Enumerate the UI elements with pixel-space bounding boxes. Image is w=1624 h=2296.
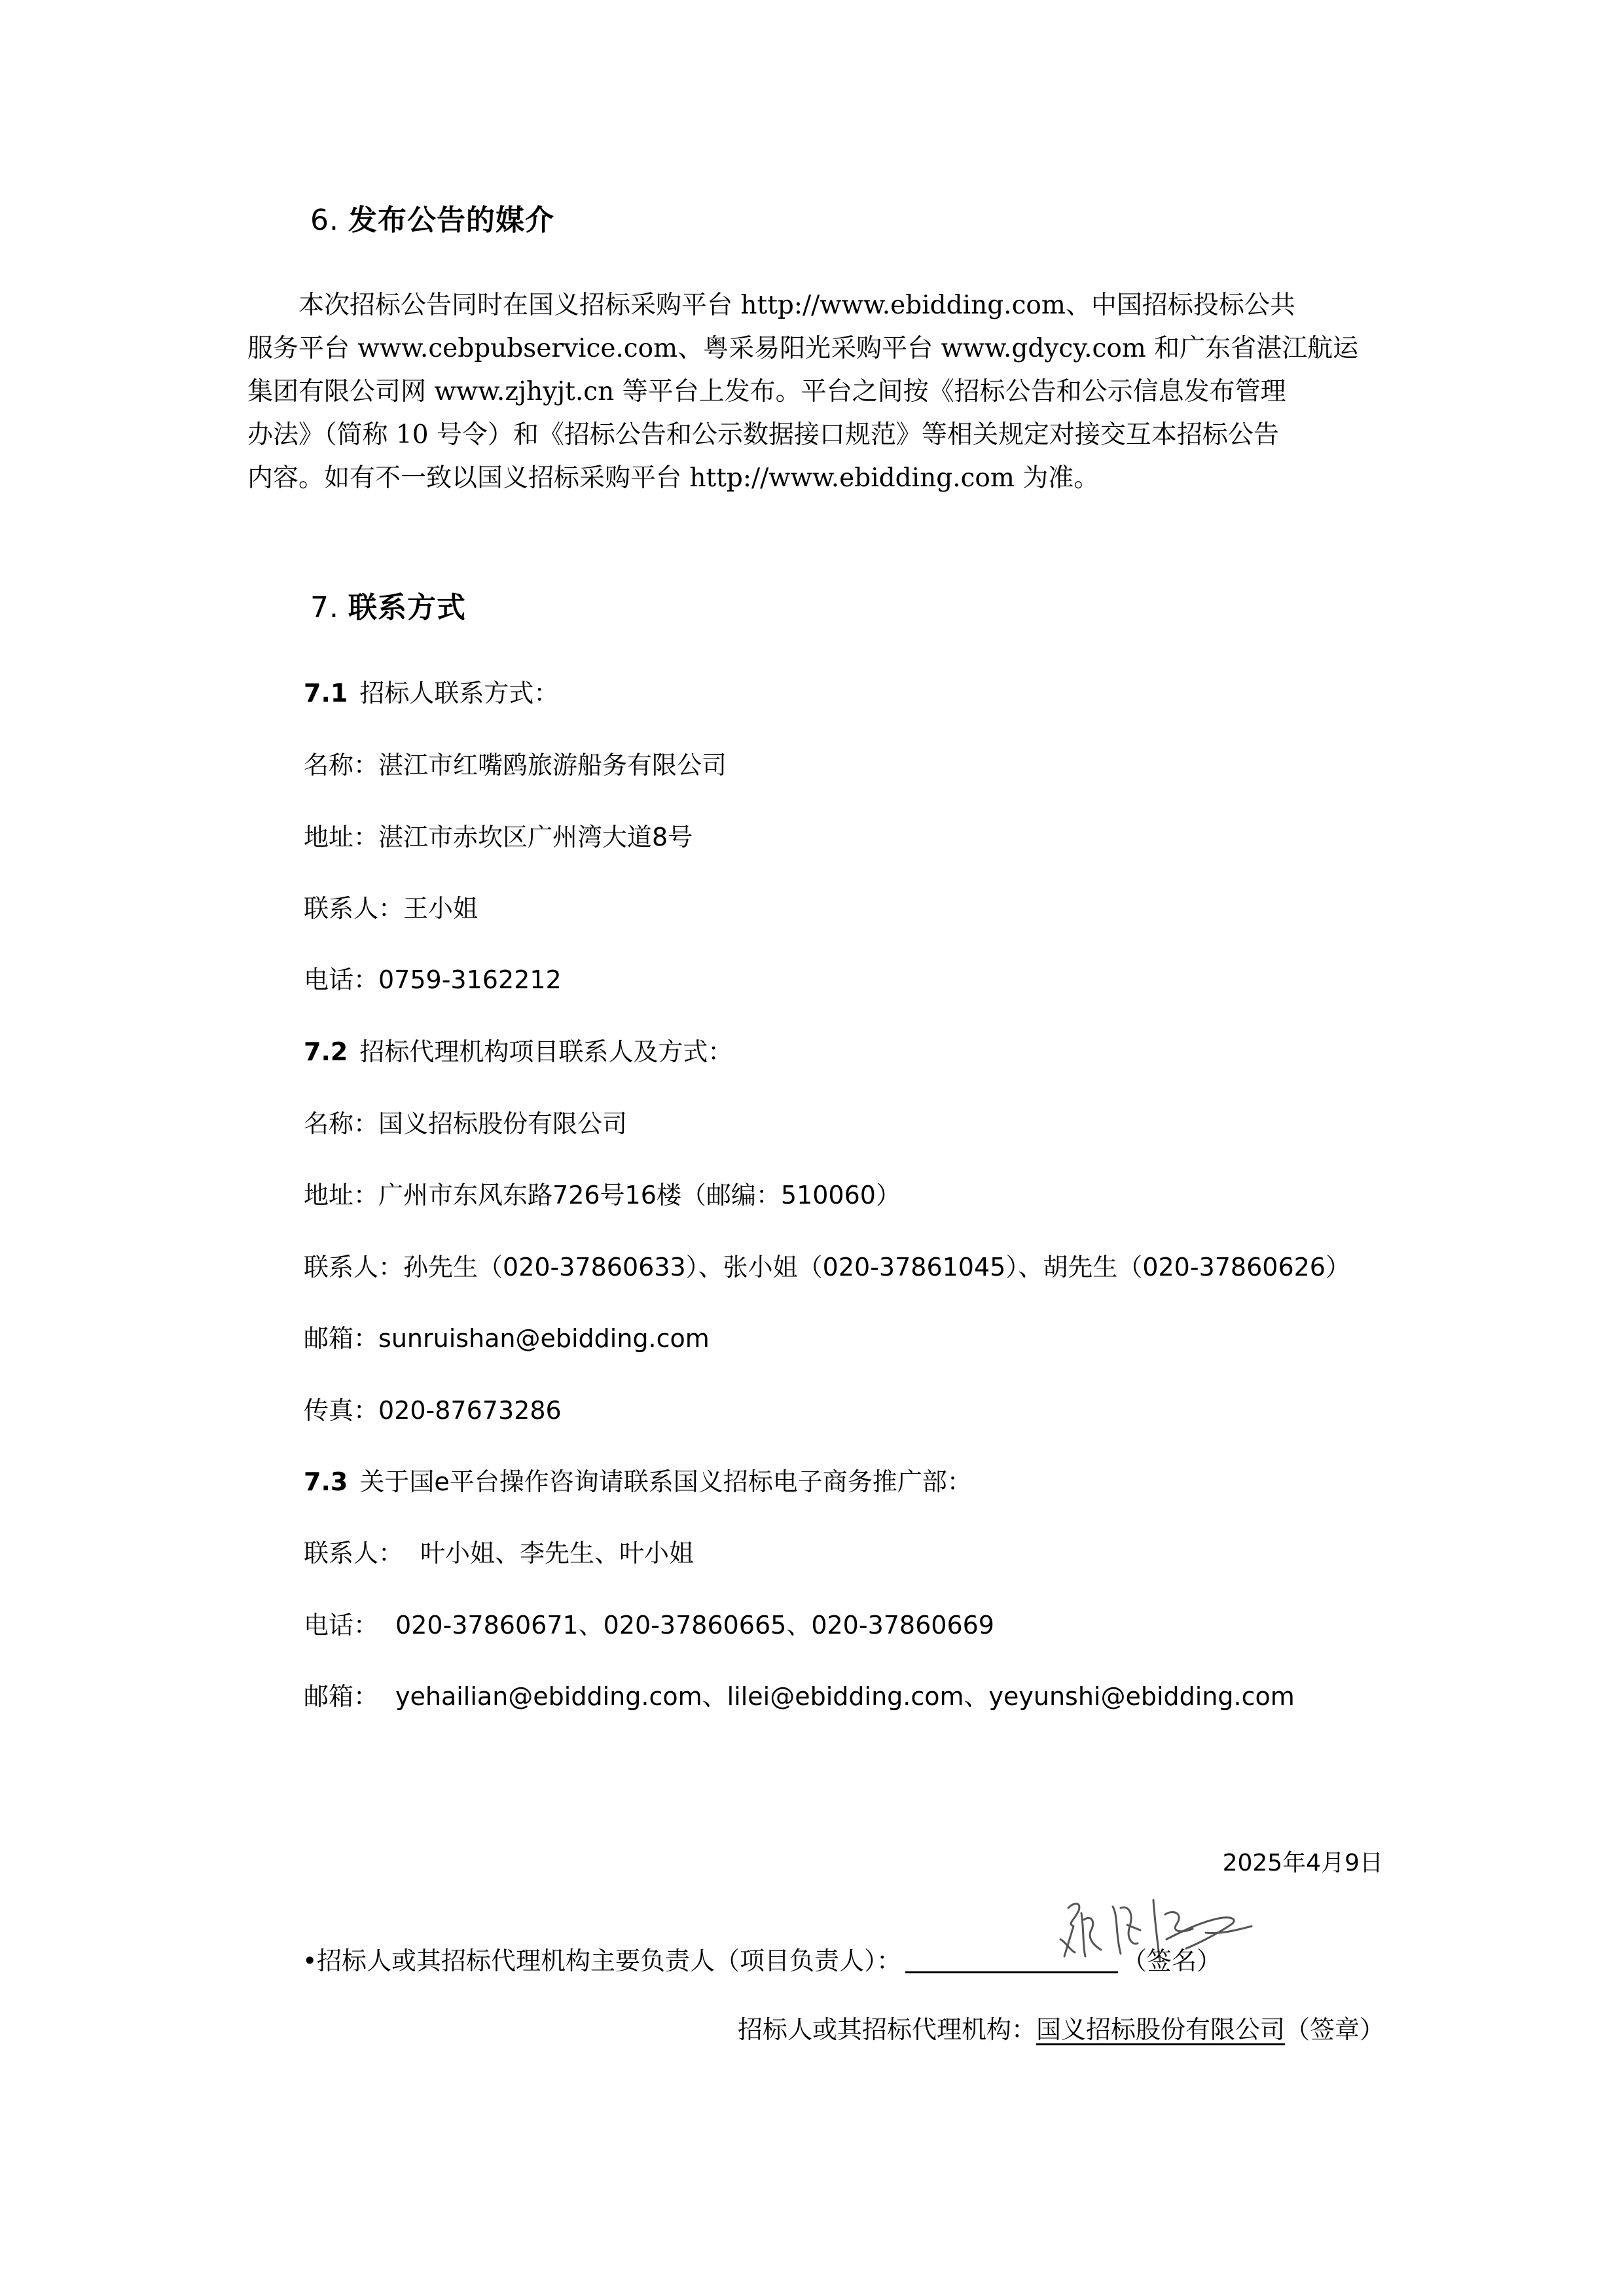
organization-line: 招标人或其招标代理机构：国义招标股份有限公司（签章） xyxy=(738,2009,1384,2045)
field-label: 地址： xyxy=(304,823,378,852)
field-label: 传真： xyxy=(304,1396,378,1425)
agency-address-row: 地址：广州市东风东路726号16楼（邮编：510060） xyxy=(304,1175,901,1211)
section-7-number: 7. xyxy=(310,591,339,624)
paragraph-line: 内容。如有不一致以国义招标采购平台 http://www.ebidding.co… xyxy=(247,457,1384,500)
bullet-icon: • xyxy=(302,1946,317,1975)
field-label: 联系人： xyxy=(304,894,403,923)
subsection-7-2-heading: 7.2招标代理机构项目联系人及方式： xyxy=(304,1031,732,1067)
section-6-title: 发布公告的媒介 xyxy=(348,204,554,237)
field-label: 联系人： xyxy=(304,1539,403,1568)
responsible-label: 招标人或其招标代理机构主要负责人（项目负责人）： xyxy=(317,1946,901,1975)
field-label: 邮箱： xyxy=(304,1324,378,1353)
platform-phone-row: 电话：020-37860671、020-37860665、020-3786066… xyxy=(304,1605,994,1641)
tenderer-phone: 0759-3162212 xyxy=(378,965,562,994)
tenderer-contact: 王小姐 xyxy=(403,894,478,923)
platform-emails[interactable]: yehailian@ebidding.com、lilei@ebidding.co… xyxy=(395,1682,1295,1711)
agency-contact-row: 联系人：孙先生（020-37860633）、张小姐（020-37861045）、… xyxy=(304,1247,1350,1283)
paragraph-line: 本次招标公告同时在国义招标采购平台 http://www.ebidding.co… xyxy=(247,284,1384,327)
section-7-heading: 7.联系方式 xyxy=(310,584,466,626)
agency-name-row: 名称：国义招标股份有限公司 xyxy=(304,1103,627,1139)
organization-name: 国义招标股份有限公司 xyxy=(1036,2015,1285,2044)
subsection-7-1-heading: 7.1招标人联系方式： xyxy=(304,673,558,709)
agency-address: 广州市东风东路726号16楼（邮编：510060） xyxy=(378,1181,901,1210)
field-label: 名称： xyxy=(304,751,378,780)
platform-contact-row: 联系人：叶小姐、李先生、叶小姐 xyxy=(304,1533,694,1569)
platform-contacts: 叶小姐、李先生、叶小姐 xyxy=(420,1539,694,1568)
tenderer-name: 湛江市红嘴鸥旅游船务有限公司 xyxy=(378,751,727,780)
subsection-title: 招标人联系方式： xyxy=(359,679,558,708)
agency-fax: 020-87673286 xyxy=(378,1396,562,1425)
field-label: 名称： xyxy=(304,1109,378,1138)
subsection-number: 7.3 xyxy=(304,1467,348,1496)
field-label: 电话： xyxy=(304,965,378,994)
document-date: 2025年4月9日 xyxy=(1223,1844,1383,1878)
subsection-number: 7.2 xyxy=(304,1037,348,1066)
agency-contacts: 孙先生（020-37860633）、张小姐（020-37861045）、胡先生（… xyxy=(403,1253,1350,1282)
section-6-heading: 6.发布公告的媒介 xyxy=(310,196,554,238)
document-page: 6.发布公告的媒介 本次招标公告同时在国义招标采购平台 http://www.e… xyxy=(0,0,1624,2296)
subsection-title: 关于国e平台操作咨询请联系国义招标电子商务推广部： xyxy=(359,1467,971,1496)
tenderer-address: 湛江市赤坎区广州湾大道8号 xyxy=(378,823,693,852)
platform-email-row: 邮箱：yehailian@ebidding.com、lilei@ebidding… xyxy=(304,1676,1295,1712)
subsection-number: 7.1 xyxy=(304,679,348,708)
paragraph-line: 办法》（简称 10 号令）和《招标公告和公示数据接口规范》等相关规定对接交互本招… xyxy=(247,414,1384,457)
section-7-title: 联系方式 xyxy=(348,591,466,624)
organization-label: 招标人或其招标代理机构： xyxy=(738,2015,1036,2044)
responsible-person-line: •招标人或其招标代理机构主要负责人（项目负责人）：（签名） xyxy=(302,1941,1221,1977)
tenderer-address-row: 地址：湛江市赤坎区广州湾大道8号 xyxy=(304,817,693,853)
agency-name: 国义招标股份有限公司 xyxy=(378,1109,627,1138)
section-6-paragraph: 本次招标公告同时在国义招标采购平台 http://www.ebidding.co… xyxy=(247,284,1384,500)
section-6-number: 6. xyxy=(310,204,339,237)
paragraph-line: 集团有限公司网 www.zjhyjt.cn 等平台上发布。平台之间按《招标公告和… xyxy=(247,370,1384,414)
sign-suffix: （签名） xyxy=(1122,1946,1221,1975)
seal-suffix: （签章） xyxy=(1285,2015,1384,2044)
subsection-7-3-heading: 7.3关于国e平台操作咨询请联系国义招标电子商务推广部： xyxy=(304,1462,972,1498)
agency-fax-row: 传真：020-87673286 xyxy=(304,1390,562,1426)
tenderer-contact-row: 联系人：王小姐 xyxy=(304,888,478,924)
field-label: 联系人： xyxy=(304,1253,403,1282)
tenderer-name-row: 名称：湛江市红嘴鸥旅游船务有限公司 xyxy=(304,745,727,781)
field-label: 地址： xyxy=(304,1181,378,1210)
subsection-title: 招标代理机构项目联系人及方式： xyxy=(359,1037,732,1066)
field-label: 邮箱： xyxy=(304,1682,378,1711)
tenderer-phone-row: 电话：0759-3162212 xyxy=(304,960,562,996)
agency-email-link[interactable]: sunruishan@ebidding.com xyxy=(378,1324,710,1353)
agency-email-row: 邮箱：sunruishan@ebidding.com xyxy=(304,1318,710,1354)
paragraph-line: 服务平台 www.cebpubservice.com、粤采易阳光采购平台 www… xyxy=(247,327,1384,370)
field-label: 电话： xyxy=(304,1611,378,1640)
platform-phones: 020-37860671、020-37860665、020-37860669 xyxy=(395,1611,994,1640)
signature-blank-line xyxy=(905,1946,1118,1973)
